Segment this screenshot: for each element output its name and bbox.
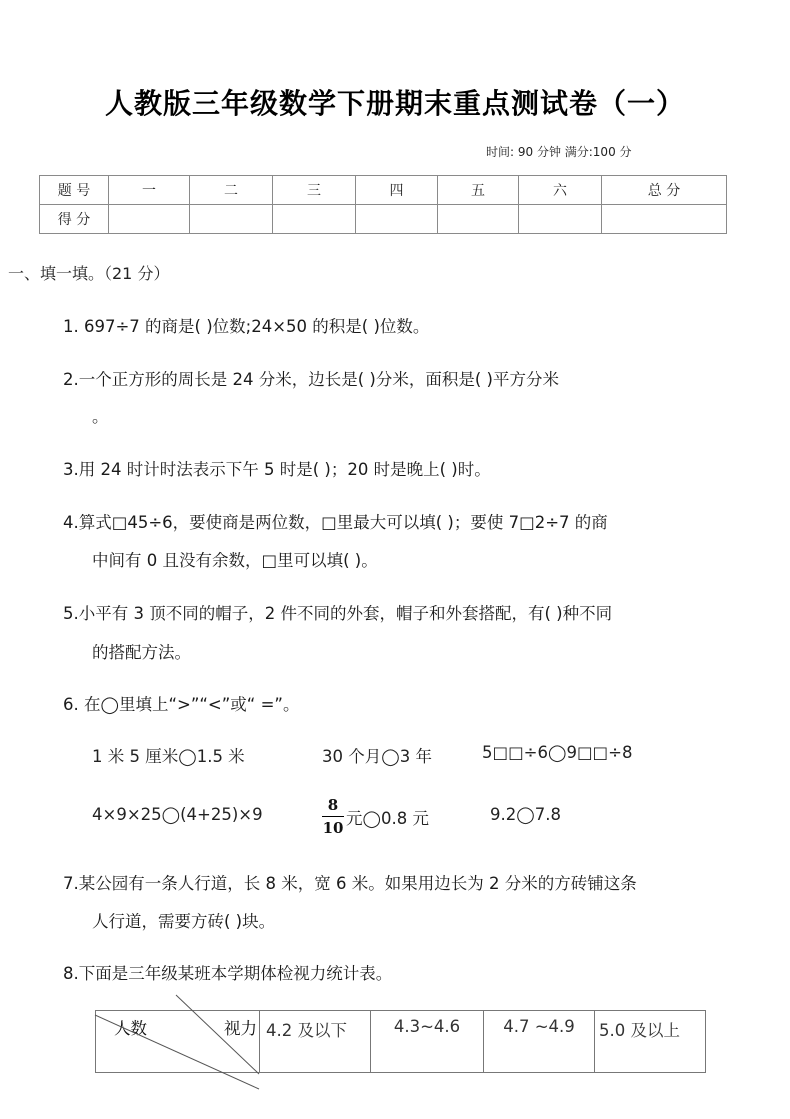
score-cell <box>273 205 356 234</box>
question-3: 3.用 24 时计时法表示下午 5 时是( )；20 时是晚上( )时。 <box>63 456 491 480</box>
column-header: 一 <box>109 176 190 205</box>
question-5-cont: 的搭配方法。 <box>92 639 191 663</box>
score-table: 题 号 一 二 三 四 五 六 总 分 得 分 <box>39 175 727 234</box>
score-table-header-row: 题 号 一 二 三 四 五 六 总 分 <box>40 176 727 205</box>
compare-item: 4×9×25◯(4+25)×9 <box>92 805 263 824</box>
question-2-cont: 。 <box>92 403 109 427</box>
question-4-cont: 中间有 0 且没有余数，□里可以填( )。 <box>92 547 378 571</box>
fraction-numerator: 8 <box>322 795 344 815</box>
corner-label-people: 人数 <box>114 1015 147 1039</box>
column-header: 三 <box>273 176 356 205</box>
page-title: 人教版三年级数学下册期末重点测试卷（一） <box>0 82 790 122</box>
question-1: 1. 697÷7 的商是( )位数;24×50 的积是( )位数。 <box>63 313 429 337</box>
row-label: 题 号 <box>40 176 109 205</box>
column-header: 4.7 ~4.9 <box>484 1010 595 1073</box>
question-7-cont: 人行道，需要方砖( )块。 <box>92 908 275 932</box>
compare-item: 9.2◯7.8 <box>490 805 561 824</box>
column-header: 4.3~4.6 <box>371 1010 484 1073</box>
fraction: 8 10 <box>322 795 344 838</box>
compare-item: 1 米 5 厘米◯1.5 米 <box>92 743 245 767</box>
corner-label-vision: 视力 <box>224 1015 257 1039</box>
fraction-bar <box>322 816 344 817</box>
question-5: 5.小平有 3 顶不同的帽子，2 件不同的外套，帽子和外套搭配，有( )种不同 <box>63 600 612 624</box>
fraction-denominator: 10 <box>322 818 344 838</box>
column-header: 四 <box>356 176 438 205</box>
score-cell <box>356 205 438 234</box>
section-heading: 一、填一填。（21 分） <box>8 261 169 284</box>
compare-item: 元◯0.8 元 <box>346 805 429 829</box>
column-header: 5.0 及以上 <box>595 1010 706 1073</box>
score-table-score-row: 得 分 <box>40 205 727 234</box>
vision-table: 人数 视力 4.2 及以下 4.3~4.6 4.7 ~4.9 5.0 及以上 <box>95 1010 706 1074</box>
question-4: 4.算式□45÷6，要使商是两位数，□里最大可以填( )；要使 7□2÷7 的商 <box>63 509 608 533</box>
score-cell <box>109 205 190 234</box>
column-header: 4.2 及以下 <box>260 1010 371 1073</box>
question-8: 8.下面是三年级某班本学期体检视力统计表。 <box>63 960 392 984</box>
question-7: 7.某公园有一条人行道，长 8 米，宽 6 米。如果用边长为 2 分米的方砖铺这… <box>63 870 637 894</box>
score-cell <box>602 205 727 234</box>
column-header: 五 <box>438 176 519 205</box>
question-6: 6. 在◯里填上“>”“<”或“ =”。 <box>63 691 299 715</box>
column-header: 总 分 <box>602 176 727 205</box>
corner-header-cell: 人数 视力 <box>95 1010 260 1073</box>
compare-item: 5□□÷6◯9□□÷8 <box>482 743 632 762</box>
exam-meta: 时间: 90 分钟 满分:100 分 <box>486 143 632 160</box>
score-cell <box>190 205 273 234</box>
column-header: 二 <box>190 176 273 205</box>
row-label: 得 分 <box>40 205 109 234</box>
compare-item: 30 个月◯3 年 <box>322 743 432 767</box>
score-cell <box>438 205 519 234</box>
question-2: 2.一个正方形的周长是 24 分米，边长是( )分米，面积是( )平方分米 <box>63 366 559 390</box>
column-header: 六 <box>519 176 602 205</box>
score-cell <box>519 205 602 234</box>
